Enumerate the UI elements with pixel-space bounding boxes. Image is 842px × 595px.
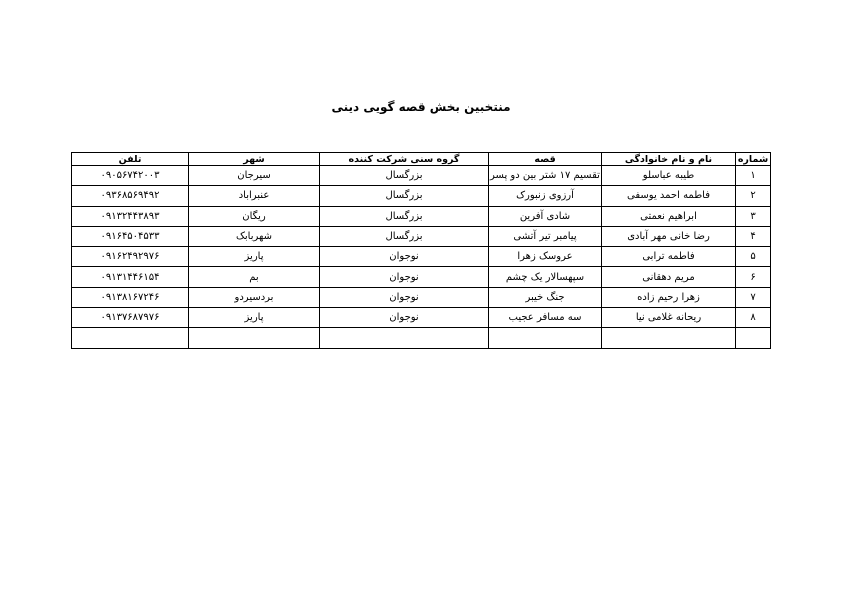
cell-story: آرزوی زنبورک — [489, 186, 602, 206]
cell-city: بم — [189, 267, 320, 287]
cell-city: پاریز — [189, 247, 320, 267]
header-city: شهر — [189, 153, 320, 166]
cell-number: ۴ — [736, 226, 771, 246]
cell-name: ریحانه غلامی نیا — [602, 308, 736, 328]
cell-city: پاریز — [189, 308, 320, 328]
cell-story — [489, 328, 602, 348]
cell-phone — [72, 328, 189, 348]
header-number: شماره — [736, 153, 771, 166]
cell-number: ۸ — [736, 308, 771, 328]
cell-age-group: بزرگسال — [320, 186, 489, 206]
cell-story: جنگ خیبر — [489, 287, 602, 307]
cell-phone: ۰۹۳۶۸۵۶۹۴۹۲ — [72, 186, 189, 206]
table-row-empty — [72, 328, 771, 348]
table-row: ۶ مریم دهقانی سپهسالار یک چشم نوجوان بم … — [72, 267, 771, 287]
cell-name: رضا خانی مهر آبادی — [602, 226, 736, 246]
cell-story: تقسیم ۱۷ شتر بین دو پسر — [489, 166, 602, 186]
participants-table: شماره نام و نام خانوادگی قصه گروه سنی شر… — [71, 152, 771, 349]
cell-phone: ۰۹۱۶۴۵۰۴۵۳۳ — [72, 226, 189, 246]
cell-name — [602, 328, 736, 348]
cell-number: ۳ — [736, 206, 771, 226]
cell-name: ابراهیم نعمتی — [602, 206, 736, 226]
cell-number: ۷ — [736, 287, 771, 307]
table-row: ۳ ابراهیم نعمتی شادی آفرین بزرگسال ریگان… — [72, 206, 771, 226]
cell-story: پیامبر تیر آتشی — [489, 226, 602, 246]
cell-story: شادی آفرین — [489, 206, 602, 226]
cell-city: بردسیردو — [189, 287, 320, 307]
cell-age-group: بزرگسال — [320, 166, 489, 186]
cell-number: ۱ — [736, 166, 771, 186]
cell-story: سپهسالار یک چشم — [489, 267, 602, 287]
cell-name: فاطمه ترابی — [602, 247, 736, 267]
cell-story: سه مسافر عجیب — [489, 308, 602, 328]
header-age-group: گروه سنی شرکت کننده — [320, 153, 489, 166]
header-name: نام و نام خانوادگی — [602, 153, 736, 166]
cell-name: فاطمه احمد یوسفی — [602, 186, 736, 206]
cell-name: مریم دهقانی — [602, 267, 736, 287]
cell-phone: ۰۹۱۳۲۴۴۳۸۹۳ — [72, 206, 189, 226]
table-row: ۵ فاطمه ترابی عروسک زهرا نوجوان پاریز ۰۹… — [72, 247, 771, 267]
cell-number: ۵ — [736, 247, 771, 267]
cell-age-group: بزرگسال — [320, 226, 489, 246]
cell-number: ۶ — [736, 267, 771, 287]
table-row: ۸ ریحانه غلامی نیا سه مسافر عجیب نوجوان … — [72, 308, 771, 328]
cell-city: ریگان — [189, 206, 320, 226]
table-row: ۴ رضا خانی مهر آبادی پیامبر تیر آتشی بزر… — [72, 226, 771, 246]
cell-age-group: نوجوان — [320, 247, 489, 267]
table-row: ۷ زهرا رحیم زاده جنگ خیبر نوجوان بردسیرد… — [72, 287, 771, 307]
table-row: ۱ طیبه عباسلو تقسیم ۱۷ شتر بین دو پسر بز… — [72, 166, 771, 186]
cell-city: سیرجان — [189, 166, 320, 186]
cell-phone: ۰۹۱۶۲۴۹۲۹۷۶ — [72, 247, 189, 267]
header-story: قصه — [489, 153, 602, 166]
cell-age-group: نوجوان — [320, 287, 489, 307]
table-header-row: شماره نام و نام خانوادگی قصه گروه سنی شر… — [72, 153, 771, 166]
cell-age-group — [320, 328, 489, 348]
cell-age-group: نوجوان — [320, 267, 489, 287]
cell-city: شهربابک — [189, 226, 320, 246]
cell-age-group: بزرگسال — [320, 206, 489, 226]
cell-phone: ۰۹۰۵۶۷۴۲۰۰۳ — [72, 166, 189, 186]
table-row: ۲ فاطمه احمد یوسفی آرزوی زنبورک بزرگسال … — [72, 186, 771, 206]
cell-number: ۲ — [736, 186, 771, 206]
cell-number — [736, 328, 771, 348]
cell-phone: ۰۹۱۳۷۶۸۷۹۷۶ — [72, 308, 189, 328]
header-phone: تلفن — [72, 153, 189, 166]
cell-city — [189, 328, 320, 348]
cell-name: زهرا رحیم زاده — [602, 287, 736, 307]
cell-phone: ۰۹۱۳۱۴۴۶۱۵۴ — [72, 267, 189, 287]
cell-phone: ۰۹۱۳۸۱۶۷۲۴۶ — [72, 287, 189, 307]
cell-name: طیبه عباسلو — [602, 166, 736, 186]
document-title: منتخبین بخش قصه گویی دینی — [0, 100, 842, 114]
cell-city: عنبراباد — [189, 186, 320, 206]
cell-story: عروسک زهرا — [489, 247, 602, 267]
cell-age-group: نوجوان — [320, 308, 489, 328]
